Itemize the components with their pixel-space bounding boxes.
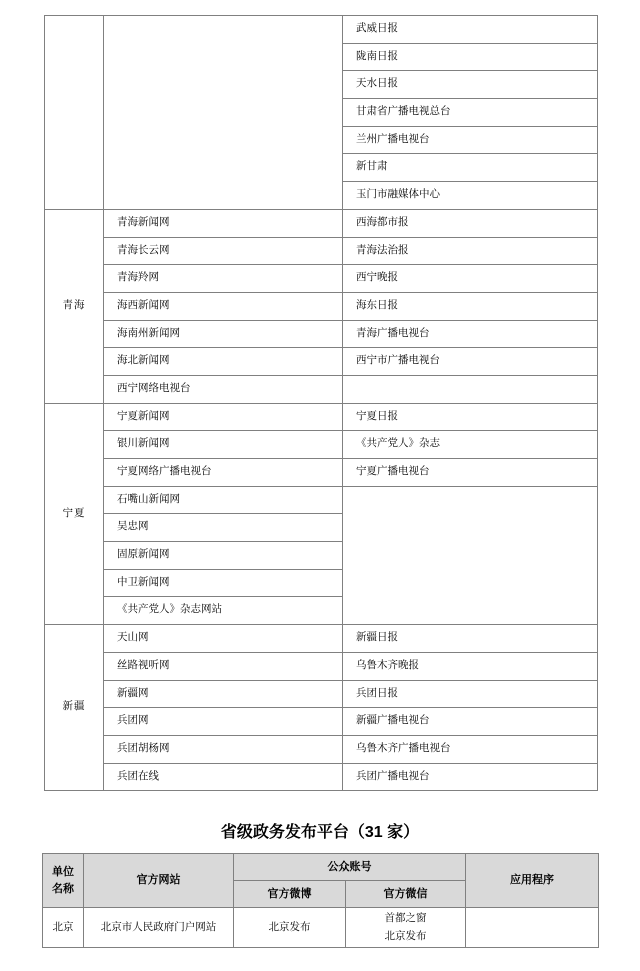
section-title: 省级政务发布平台（31 家） — [0, 822, 640, 844]
website-cell: 中卫新闻网 — [104, 569, 343, 597]
header-public-account: 公众账号 — [234, 854, 466, 881]
outlet-cell: 乌鲁木齐晚报 — [343, 652, 598, 680]
website-cell: 北京市人民政府门户网站 — [84, 908, 234, 948]
outlet-cell: 西宁晚报 — [343, 265, 598, 293]
header-official-wechat: 官方微信 — [346, 881, 466, 908]
header-official-website: 官方网站 — [84, 854, 234, 908]
website-cell: 天山网 — [104, 625, 343, 653]
website-cell: 兵团胡杨网 — [104, 735, 343, 763]
website-cell: 兵团在线 — [104, 763, 343, 791]
outlet-cell: 乌鲁木齐广播电视台 — [343, 735, 598, 763]
outlet-cell: 《共产党人》杂志 — [343, 431, 598, 459]
province-cell-gansu-continuation — [45, 16, 104, 210]
outlet-cell: 兵团广播电视台 — [343, 763, 598, 791]
website-cell: 《共产党人》杂志网站 — [104, 597, 343, 625]
provincial-media-table: 武威日报 陇南日报 天水日报 甘肃省广播电视总台 兰州广播电视台 新甘肃 玉门市… — [44, 15, 598, 791]
table-row: 兵团网 新疆广播电视台 — [45, 708, 598, 736]
province-cell-ningxia: 宁夏 — [45, 403, 104, 625]
unit-cell: 北京 — [43, 908, 84, 948]
table-row: 海北新闻网 西宁市广播电视台 — [45, 348, 598, 376]
website-cell: 海西新闻网 — [104, 292, 343, 320]
table-row: 青海羚网 西宁晚报 — [45, 265, 598, 293]
province-cell-xinjiang: 新疆 — [45, 625, 104, 791]
website-cell: 海北新闻网 — [104, 348, 343, 376]
outlet-cell: 陇南日报 — [343, 43, 598, 71]
wechat-cell: 首都之窗 北京发布 — [346, 908, 466, 948]
outlet-cell: 天水日报 — [343, 71, 598, 99]
header-official-weibo: 官方微博 — [234, 881, 346, 908]
table-row: 宁夏网络广播电视台 宁夏广播电视台 — [45, 459, 598, 487]
website-cell: 青海长云网 — [104, 237, 343, 265]
table-row: 银川新闻网 《共产党人》杂志 — [45, 431, 598, 459]
table-row: 宁夏 宁夏新闻网 宁夏日报 — [45, 403, 598, 431]
wechat-line: 首都之窗 — [348, 910, 463, 928]
outlet-cell: 玉门市融媒体中心 — [343, 182, 598, 210]
website-cell: 兵团网 — [104, 708, 343, 736]
website-cell: 丝路视听网 — [104, 652, 343, 680]
header-unit-name: 单位名称 — [43, 854, 84, 908]
outlet-cell: 海东日报 — [343, 292, 598, 320]
table-row: 石嘴山新闻网 — [45, 486, 598, 514]
website-cell: 西宁网络电视台 — [104, 375, 343, 403]
website-cell: 固原新闻网 — [104, 542, 343, 570]
website-cell: 新疆网 — [104, 680, 343, 708]
weibo-cell: 北京发布 — [234, 908, 346, 948]
website-cell: 宁夏网络广播电视台 — [104, 459, 343, 487]
table-row-beijing: 北京 北京市人民政府门户网站 北京发布 首都之窗 北京发布 — [43, 908, 599, 948]
website-cell: 银川新闻网 — [104, 431, 343, 459]
outlet-cell: 宁夏日报 — [343, 403, 598, 431]
table-row: 丝路视听网 乌鲁木齐晚报 — [45, 652, 598, 680]
website-cell: 青海羚网 — [104, 265, 343, 293]
app-cell-empty — [466, 908, 599, 948]
header-app: 应用程序 — [466, 854, 599, 908]
website-cell-gansu-continuation — [104, 16, 343, 210]
website-cell: 宁夏新闻网 — [104, 403, 343, 431]
outlet-cell: 甘肃省广播电视总台 — [343, 99, 598, 127]
outlet-cell: 西宁市广播电视台 — [343, 348, 598, 376]
outlet-cell: 兰州广播电视台 — [343, 126, 598, 154]
table-row: 武威日报 — [45, 16, 598, 44]
outlet-cell-empty — [343, 375, 598, 403]
outlet-cell: 新疆日报 — [343, 625, 598, 653]
header-row: 单位名称 官方网站 公众账号 应用程序 — [43, 854, 599, 881]
wechat-line: 北京发布 — [348, 928, 463, 946]
outlet-cell: 宁夏广播电视台 — [343, 459, 598, 487]
outlet-cell: 青海法治报 — [343, 237, 598, 265]
website-cell: 青海新闻网 — [104, 209, 343, 237]
website-cell: 吴忠网 — [104, 514, 343, 542]
table-row: 新疆网 兵团日报 — [45, 680, 598, 708]
outlet-cell: 新甘肃 — [343, 154, 598, 182]
outlet-cell: 青海广播电视台 — [343, 320, 598, 348]
table-row: 海西新闻网 海东日报 — [45, 292, 598, 320]
table-row: 新疆 天山网 新疆日报 — [45, 625, 598, 653]
website-cell: 海南州新闻网 — [104, 320, 343, 348]
website-cell: 石嘴山新闻网 — [104, 486, 343, 514]
table-row: 兵团在线 兵团广播电视台 — [45, 763, 598, 791]
outlet-cell: 武威日报 — [343, 16, 598, 44]
table-row: 西宁网络电视台 — [45, 375, 598, 403]
outlet-cell-empty-merged — [343, 486, 598, 624]
outlet-cell: 西海都市报 — [343, 209, 598, 237]
outlet-cell: 新疆广播电视台 — [343, 708, 598, 736]
table-row: 兵团胡杨网 乌鲁木齐广播电视台 — [45, 735, 598, 763]
table-row: 青海 青海新闻网 西海都市报 — [45, 209, 598, 237]
province-cell-qinghai: 青海 — [45, 209, 104, 403]
provincial-platform-table: 单位名称 官方网站 公众账号 应用程序 官方微博 官方微信 北京 北京市人民政府… — [42, 853, 599, 948]
table-row: 青海长云网 青海法治报 — [45, 237, 598, 265]
table-row: 海南州新闻网 青海广播电视台 — [45, 320, 598, 348]
outlet-cell: 兵团日报 — [343, 680, 598, 708]
